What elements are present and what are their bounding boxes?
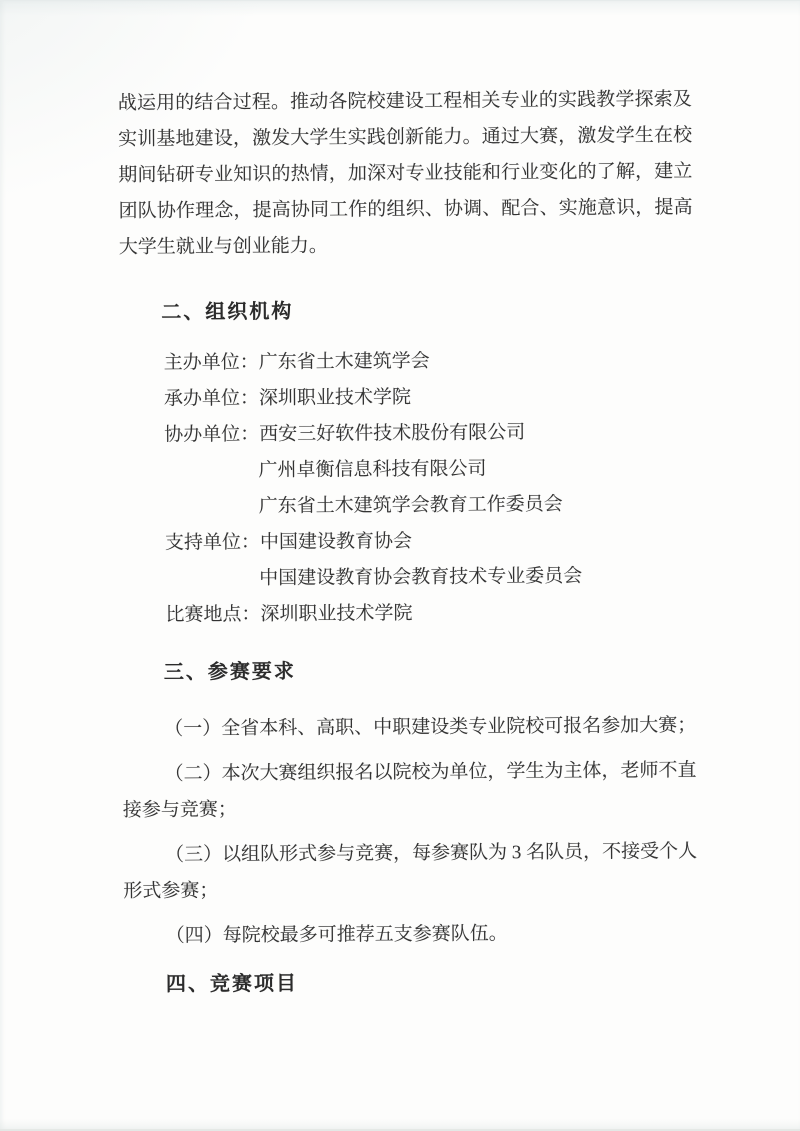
org-label bbox=[165, 584, 259, 585]
requirements-list: （一）全省本科、高职、中职建设类专业院校可报名参加大赛； （二）本次大赛组织报名… bbox=[122, 708, 698, 955]
org-row-supporter: 支持单位：中国建设教育协会 bbox=[121, 522, 695, 562]
org-label: 承办单位： bbox=[164, 381, 259, 418]
requirement-line: 形式参赛； bbox=[123, 870, 697, 910]
org-label: 支持单位： bbox=[165, 525, 260, 562]
requirement-line: （四）每院校最多可推荐五支参赛队伍。 bbox=[124, 915, 698, 955]
requirement-line: （一）全省本科、高职、中职建设类专业院校可报名参加大赛； bbox=[122, 708, 696, 748]
section-heading-events: 四、竞赛项目 bbox=[124, 963, 698, 1003]
document-content: 战运用的结合过程。推动各院校建设工程相关专业的实践教学探索及 实训基地建设，激发… bbox=[118, 82, 698, 1003]
org-value: 中国建设教育协会教育技术专业委员会 bbox=[259, 566, 582, 589]
org-label bbox=[165, 512, 259, 513]
requirement-item-3: （三）以组队形式参与竞赛，每参赛队为 3 名队员，不接受个人 形式参赛； bbox=[123, 834, 697, 910]
requirement-item-1: （一）全省本科、高职、中职建设类专业院校可报名参加大赛； bbox=[122, 708, 696, 748]
org-row-supporter-2: 中国建设教育协会教育技术专业委员会 bbox=[121, 558, 695, 598]
intro-paragraph: 战运用的结合过程。推动各院校建设工程相关专业的实践教学探索及 实训基地建设，激发… bbox=[118, 82, 693, 266]
requirement-item-4: （四）每院校最多可推荐五支参赛队伍。 bbox=[124, 915, 698, 955]
section-heading-requirements: 三、参赛要求 bbox=[122, 651, 696, 691]
org-label: 比赛地点： bbox=[165, 597, 260, 634]
section-heading-organization: 二、组织机构 bbox=[119, 291, 693, 331]
org-row-host: 主办单位：广东省土木建筑学会 bbox=[120, 342, 694, 382]
org-value: 广东省土木建筑学会教育工作委员会 bbox=[259, 494, 563, 517]
organization-list: 主办单位：广东省土木建筑学会 承办单位：深圳职业技术学院 协办单位：西安三好软件… bbox=[120, 342, 696, 634]
org-row-venue: 比赛地点：深圳职业技术学院 bbox=[121, 594, 695, 634]
scanned-document-page: 战运用的结合过程。推动各院校建设工程相关专业的实践教学探索及 实训基地建设，激发… bbox=[0, 0, 800, 1131]
org-row-coorganizer: 协办单位：西安三好软件技术股份有限公司 bbox=[120, 414, 694, 454]
org-row-coorganizer-3: 广东省土木建筑学会教育工作委员会 bbox=[121, 486, 695, 526]
requirement-item-2: （二）本次大赛组织报名以院校为单位，学生为主体，老师不直 接参与竞赛； bbox=[122, 753, 696, 829]
requirement-line: 接参与竞赛； bbox=[123, 789, 697, 829]
intro-line-4: 团队协作理念，提高协同工作的组织、协调、配合、实施意识，提高 bbox=[118, 190, 692, 230]
org-label: 协办单位： bbox=[164, 417, 259, 454]
intro-line-5: 大学生就业与创业能力。 bbox=[119, 226, 693, 266]
requirement-line: （三）以组队形式参与竞赛，每参赛队为 3 名队员，不接受个人 bbox=[123, 834, 697, 874]
requirement-line: （二）本次大赛组织报名以院校为单位，学生为主体，老师不直 bbox=[122, 753, 696, 793]
org-value: 广州卓衡信息科技有限公司 bbox=[258, 458, 486, 481]
org-value: 中国建设教育协会 bbox=[260, 531, 412, 553]
org-value: 深圳职业技术学院 bbox=[260, 603, 412, 625]
intro-line-3: 期间钻研专业知识的热情，加深对专业技能和行业变化的了解，建立 bbox=[118, 154, 692, 194]
org-label bbox=[164, 476, 258, 477]
org-row-coorganizer-2: 广州卓衡信息科技有限公司 bbox=[120, 450, 694, 490]
intro-line-1: 战运用的结合过程。推动各院校建设工程相关专业的实践教学探索及 bbox=[118, 82, 692, 122]
org-value: 深圳职业技术学院 bbox=[259, 387, 411, 409]
org-label: 主办单位： bbox=[164, 345, 259, 382]
intro-line-2: 实训基地建设，激发大学生实践创新能力。通过大赛，激发学生在校 bbox=[118, 118, 692, 158]
org-value: 广东省土木建筑学会 bbox=[259, 351, 430, 373]
org-row-organizer: 承办单位：深圳职业技术学院 bbox=[120, 378, 694, 418]
org-value: 西安三好软件技术股份有限公司 bbox=[259, 422, 525, 445]
